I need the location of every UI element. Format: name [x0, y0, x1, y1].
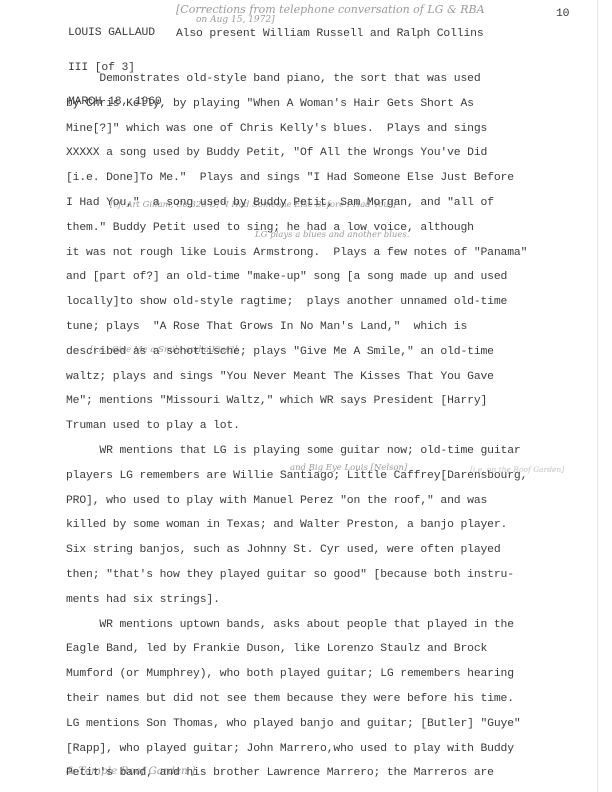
- transcript-line: I Had You," a song used by Buddy Petit, …: [66, 191, 566, 216]
- transcript-line: [Rapp], who played guitar; John Marrero,…: [66, 737, 566, 762]
- transcript-line: it was not rough like Louis Armstrong. P…: [66, 241, 566, 266]
- transcript-line: players LG remembers are Willie Santiago…: [66, 464, 566, 489]
- transcript-line: Eagle Band, led by Frankie Duson, like L…: [66, 637, 566, 662]
- transcript-line: and [part of?] an old-time "make-up" son…: [66, 265, 566, 290]
- interviewee-name: LOUIS GALLAUD: [68, 28, 162, 40]
- transcript-line: Demonstrates old-style band piano, the s…: [66, 67, 566, 92]
- transcript-line: them." Buddy Petit used to sing; he had …: [66, 216, 566, 241]
- transcript-line: Petit's band, and his brother Lawrence M…: [66, 761, 566, 786]
- transcript-line: Truman used to play a lot.: [66, 414, 566, 439]
- transcript-line: their names but did not see them because…: [66, 687, 566, 712]
- transcript-line: tune; plays "A Rose That Grows In No Man…: [66, 315, 566, 340]
- transcript-line: [i.e. Done]To Me." Plays and sings "I Ha…: [66, 166, 566, 191]
- transcript-line: ments had six strings].: [66, 588, 566, 613]
- page-edge: [597, 0, 598, 792]
- transcript-line: Mine[?]" which was one of Chris Kelly's …: [66, 117, 566, 142]
- document-page: LOUIS GALLAUD III [of 3] MARCH 18, 1960 …: [0, 0, 612, 792]
- transcript-line: XXXXX a song used by Buddy Petit, "Of Al…: [66, 141, 566, 166]
- transcript-line: Six string banjos, such as Johnny St. Cy…: [66, 538, 566, 563]
- transcript-line: by Chris Kelly, by playing "When A Woman…: [66, 92, 566, 117]
- transcript-line: WR mentions uptown bands, asks about peo…: [66, 613, 566, 638]
- transcript-line: PRO], who used to play with Manuel Perez…: [66, 489, 566, 514]
- transcript-line: then; "that's how they played guitar so …: [66, 563, 566, 588]
- also-present: Also present William Russell and Ralph C…: [176, 28, 484, 40]
- transcript-body: Demonstrates old-style band piano, the s…: [66, 67, 566, 786]
- transcript-line: waltz; plays and sings "You Never Meant …: [66, 365, 566, 390]
- page-number: 10: [556, 8, 569, 20]
- transcript-line: Me"; mentions "Missouri Waltz," which WR…: [66, 389, 566, 414]
- transcript-line: killed by some woman in Texas; and Walte…: [66, 513, 566, 538]
- handwritten-note-top-date: on Aug 15, 1972]: [196, 15, 275, 25]
- transcript-line: WR mentions that LG is playing some guit…: [66, 439, 566, 464]
- transcript-line: locally]to show old-style ragtime; plays…: [66, 290, 566, 315]
- transcript-line: Mumford (or Mumphrey), who both played g…: [66, 662, 566, 687]
- transcript-line: described as a schottische; plays "Give …: [66, 340, 566, 365]
- transcript-line: LG mentions Son Thomas, who played banjo…: [66, 712, 566, 737]
